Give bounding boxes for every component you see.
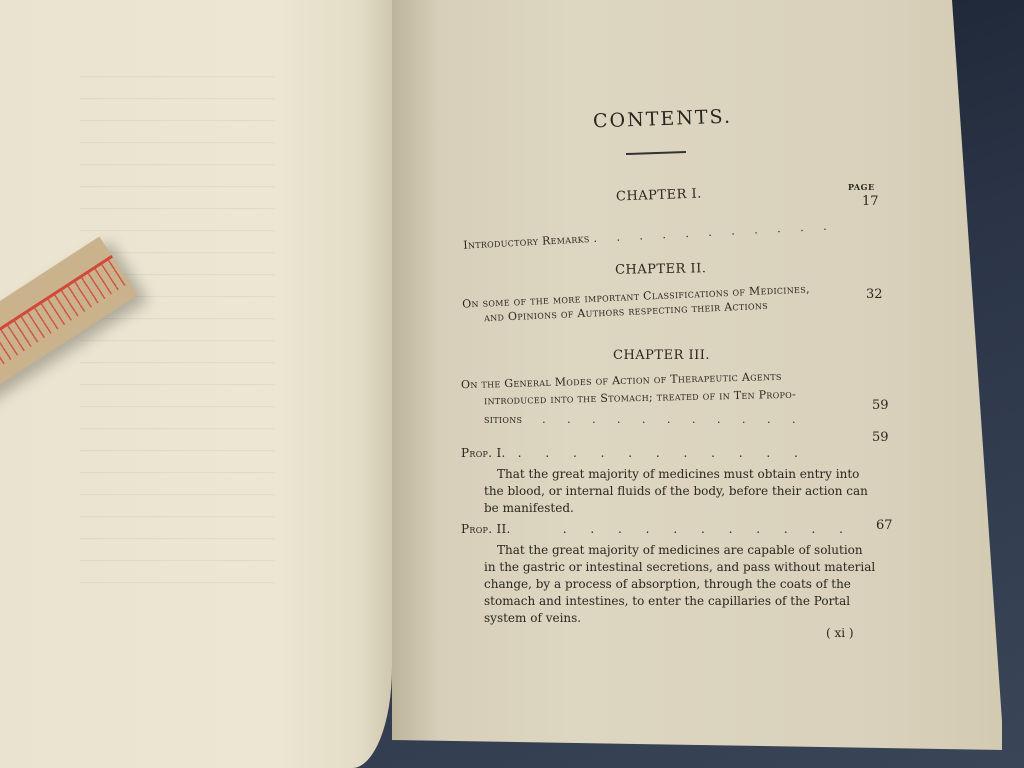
proposition-label-text: Prop. I. — [461, 446, 506, 460]
proposition-text-line: system of veins. — [484, 610, 581, 628]
proposition-text-line: the blood, or internal fluids of the bod… — [484, 483, 868, 501]
dot-leader: . . . . . . . . . . . — [510, 446, 808, 460]
proposition-label: Prop. I. . . . . . . . . . . . — [461, 446, 808, 460]
proposition-label: Prop. II. . . . . . . . . . . . — [461, 522, 853, 536]
bleed-through-text: ______________________________ _________… — [80, 60, 275, 588]
proposition-text-line: stomach and intestines, to enter the cap… — [484, 593, 850, 611]
page-number: 32 — [866, 287, 883, 302]
page-number: 59 — [872, 430, 889, 445]
proposition-text-line: in the gastric or intestinal secretions,… — [484, 559, 875, 577]
page-number: 17 — [862, 194, 879, 209]
chapter-heading: CHAPTER I. — [616, 187, 702, 205]
page-folio: ( xi ) — [826, 626, 854, 640]
page-number: 59 — [872, 398, 889, 413]
proposition-text-line: change, by a process of absorption, thro… — [484, 576, 851, 594]
dot-leader: . . . . . . . . . . . — [515, 522, 853, 536]
left-page: ______________________________ _________… — [0, 0, 392, 768]
proposition-text-line: be manifested. — [484, 500, 574, 518]
page-number: 67 — [876, 518, 893, 533]
proposition-label-text: Prop. II. — [461, 522, 511, 536]
proposition-text-line: That the great majority of medicines mus… — [497, 466, 859, 484]
toc-entry-line: sitions . . . . . . . . . . . — [484, 413, 805, 426]
chapter-heading: CHAPTER II. — [615, 261, 707, 278]
toc-entry-text: sitions — [484, 413, 522, 426]
page-column-header: PAGE — [848, 182, 875, 192]
chapter-heading: CHAPTER III. — [613, 348, 710, 363]
dot-leader: . . . . . . . . . . . — [526, 413, 804, 426]
proposition-text-line: That the great majority of medicines are… — [497, 542, 863, 560]
